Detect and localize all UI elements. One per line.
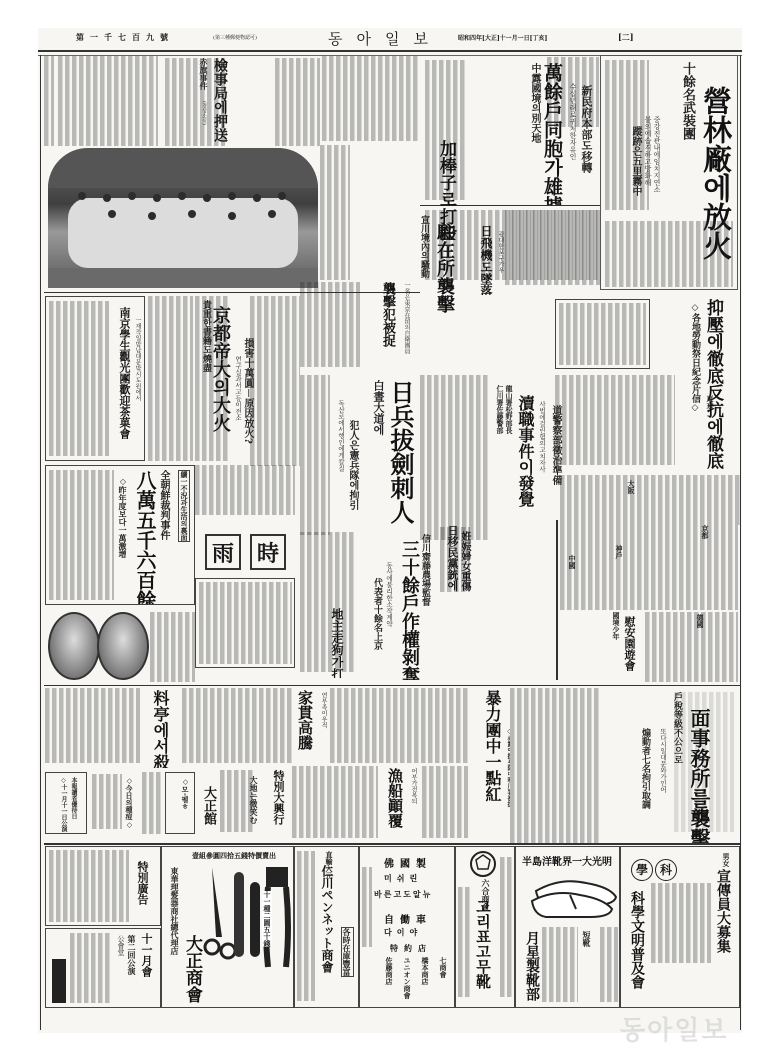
label-2: 龍山署松野部長 <box>504 385 514 434</box>
ad-line-2: 바른고도알뉴 <box>374 889 432 900</box>
left-border <box>40 55 41 1030</box>
subhead-1: 동사에불리한소작계약 <box>385 562 394 627</box>
subhead: 연부족이우적 <box>319 692 328 728</box>
notice-label: ◇十一月十一日公演 <box>59 777 68 832</box>
ad-title: 半島洋靴界一大光明 <box>522 853 612 868</box>
headline-main: 慰安園遊會 <box>621 616 637 671</box>
notice-sub: 本報讀者優待日 <box>69 777 78 819</box>
ad-moonstar-shoes: 半島洋靴界一大光明 月星製靴部 短靴 <box>515 846 620 1008</box>
subhead: ◇各地勞動祭日紀念片信◇ <box>689 303 702 413</box>
ad-black-box <box>52 959 66 1003</box>
city-germany: 德國 <box>695 614 705 628</box>
scissors-razor-icon <box>202 867 292 987</box>
portrait-man <box>97 612 149 680</box>
subhead-2: 一名은東京在留의自衛團員 <box>402 282 411 354</box>
subhead-2: 代表者十餘名上京 <box>371 578 384 650</box>
ad-title: 宣傳員大募集 <box>713 869 733 953</box>
article-tax: 戶稅等級不公으로 面事務所를襲擊 또다시일대문와가인어 煽動者七名拘引取調 <box>600 688 740 843</box>
headline-main: 駐在所襲擊 <box>431 223 457 313</box>
logo-circle-hak: 學 <box>631 859 653 881</box>
notice-vaccination: ◇今日의種痘◇ <box>90 772 140 834</box>
city-tokyo: 東京 <box>705 395 715 409</box>
ad-rubber-shoes: 六合商會 고리표고무靴 <box>455 846 515 1008</box>
notice-label: ◇今日의種痘◇ <box>124 776 134 829</box>
headline-main: 家貫高騰 <box>295 690 316 750</box>
article-nanjing: 南京學生觀光團歡迎茶菓會 一재작일밤남대문밖시도원에서 <box>45 296 145 461</box>
article-attack-2: 襲擊犯被捉 一名은東京在留의自衛團員 <box>365 282 415 362</box>
article-soldier-subs: 독산로에서행인에게칼질 犯人은憲兵隊에拘引 <box>330 400 360 540</box>
shop-2: 橋本商店 <box>420 957 430 985</box>
article-landlord: 地主走狗가打人 <box>320 608 350 678</box>
ball-logo-icon <box>470 851 496 877</box>
headline-main: 料亭에서殺人 <box>149 690 172 768</box>
right-border <box>740 55 741 1030</box>
edge-text <box>44 56 54 146</box>
headline-main: 南京學生觀光團歡迎茶菓會 <box>116 307 132 439</box>
city-kobe: 神戶 <box>614 545 624 559</box>
ad-taisho-barber: 壹組參圓四拾五錢特價賣出 東華理髮器商社總代理店 大正商會 十一種二圓五十錢 <box>161 846 294 1008</box>
group-photo <box>48 148 318 288</box>
subhead: 광대한포구가우 <box>496 231 505 273</box>
shoe-icon <box>530 869 618 919</box>
subhead-1: 수십년래로귀처한자유인 <box>568 83 578 160</box>
weather-box: 雨 時 <box>195 530 295 670</box>
shop-4: 佐藤商店 <box>384 957 394 985</box>
ad-brand: 仁川ペンネット商會 <box>319 865 336 973</box>
headline-main: 日飛機도墜落 <box>478 225 495 295</box>
notice-morphine: ◇모-펠ㅎ <box>165 772 195 834</box>
weather-title-right: 時 <box>250 534 286 570</box>
headline-main: 三十餘戶作權剝奪 <box>396 540 422 680</box>
ad-concert: 十一月會 第二回公演 公會堂 <box>45 928 161 1008</box>
ad-venue: 公會堂 <box>116 935 126 956</box>
notice-performance: ◇十一月十一日公演 本報讀者優待日 <box>45 772 87 834</box>
shop-3: ユニオン商會 <box>402 957 412 999</box>
ad-price: 十一種二圓五十錢 <box>262 891 272 947</box>
subhead-1: 중강진관내에임치지연소 <box>652 116 662 193</box>
headline-main: 特別大興行 <box>270 770 286 825</box>
ad-line-4: 다이야 <box>384 927 422 938</box>
postal-note: (第三種郵便物認可) <box>213 34 257 41</box>
ad-pentnet: 直輸入元 仁川ペンネット商會 各時在庫豐富 <box>294 846 359 1008</box>
ad-title: 十一月會 <box>138 933 154 977</box>
headline-main: 八萬五千六百餘 <box>131 470 160 605</box>
ad-special: 特別廣告 <box>45 846 161 926</box>
ad-line-1: 미쉬린 <box>384 873 422 884</box>
ad-tag: 男女 <box>721 853 731 867</box>
ad-title: 佛國製 <box>384 855 432 870</box>
headline-main: 暴力團中一點紅 <box>481 690 504 802</box>
article-soldier: 白晝大道에 日兵拔劍刺人 <box>360 380 420 540</box>
article-graft: 仁川署佐藤警部 龍山署松野部長 瀆職事件이發覺 사법에걸린혐의고치자사 道警察部… <box>490 385 565 535</box>
article-fire: 十餘名武裝團 營林廠에放火 중강진관내에임치지연소 불의에습격하고방화해 蹤跡은… <box>600 55 738 290</box>
article-shooting: 日移民黨銃에 姙娠婦女重傷 <box>440 525 540 595</box>
ad-science-society: 學 科 男女 宣傳員大募集 科學文明普及會 <box>620 846 740 1008</box>
label: 國境少年 <box>611 612 621 640</box>
headline-main: 地主走狗가打人 <box>329 608 346 678</box>
subhead-1: 또다시일대문와가인어 <box>659 728 668 793</box>
headline-main: 漁船顚覆 <box>385 768 406 828</box>
watermark: 동아일보 <box>620 1010 728 1047</box>
notice-label: ◇모-펠ㅎ <box>180 777 190 810</box>
ad-title: 壹組參圓四拾五錢特價賣出 <box>192 851 276 861</box>
article-red-flag: 赤旗事件 檢事局에押送 (경성소식) <box>165 56 320 148</box>
shop-1: 七商會 <box>438 957 448 978</box>
logo-circle-gwa: 科 <box>655 859 677 881</box>
ad-sub: 各時在庫豐富 <box>341 927 354 977</box>
page-number: [二] <box>618 32 634 43</box>
ad-brand: 科學文明普及會 <box>627 891 647 989</box>
issue-number: 第一千七百九號 <box>76 32 174 43</box>
article-boys: 國境少年 慰安園遊會 <box>560 612 645 682</box>
subhead: ◇昨年度보다一萬激增 <box>118 476 129 558</box>
ad-title: 特別廣告 <box>134 861 150 905</box>
subhead-2: 煽動者七名拘引取調 <box>639 728 652 809</box>
ad-product: 고리표고무靴 <box>473 899 494 989</box>
date-line: 昭和四年[大正]十一月一日[丁亥] <box>458 33 547 42</box>
ad-sub-1: 短靴 <box>582 931 593 947</box>
weather-title-left: 雨 <box>205 534 241 570</box>
subhead-2: 大正館 <box>199 786 218 825</box>
city-china: 中國 <box>567 555 577 569</box>
newspaper-title: 동아일보 <box>328 28 442 49</box>
headline-top: 宣川境內의騷動 <box>418 215 431 278</box>
article-theater: 特別大興行 大地는微笑む 大正館 <box>195 766 290 838</box>
boxed-note <box>555 299 650 369</box>
ad-line-3: 自働車 <box>384 911 432 926</box>
masthead: 第一千七百九號 (第三種郵便物認可) 동아일보 昭和四年[大正]十一月一日[丁亥… <box>38 28 742 50</box>
subhead-1: 사법에걸린혐의고치자사 <box>538 401 547 473</box>
headline-top: 十餘名武裝團 <box>678 62 697 140</box>
city-osaka: 大阪 <box>626 480 636 494</box>
headline-main: 瀆職事件이發覺 <box>514 395 537 507</box>
ad-brand: 月星製靴部 <box>522 931 542 1001</box>
subhead: 一재작일밤남대문밖시도원에서 <box>133 317 142 401</box>
city-kyoto: 京都 <box>700 525 710 539</box>
subhead-1: 襲擊犯被捉 <box>378 282 397 347</box>
subhead-2: 犯人은憲兵隊에拘引 <box>345 420 360 510</box>
headline-main: 抑壓에徹底反抗에徹底 <box>701 299 726 469</box>
article-plane: 日飛機도墜落 광대한포구가우 <box>465 225 505 295</box>
article-attack: 宣川境內의騷動 駐在所襲擊 <box>415 215 465 385</box>
ad-sub: 第二回公演 <box>127 935 138 975</box>
headline-main: 萬餘戶同胞가雄據 <box>539 63 566 205</box>
article-prices: 家貫高騰 연부족이우적 <box>290 688 330 768</box>
ad-michelin: 佛國製 미쉬린 바른고도알뉴 自働車 다이야 特約店 七商會 橋本商店 ユニオン… <box>359 846 455 1008</box>
ad-sub: 特約店 <box>390 943 432 954</box>
headline-main: 日兵拔劍刺人 <box>383 380 418 524</box>
article-trial: 續一不況과生活의裏面 全朝鮮裁判事件 八萬五千六百餘 ◇昨年度보다一萬激增 <box>45 465 195 605</box>
article-ship: 漁船顚覆 어부가전복되 <box>380 766 420 841</box>
label: 續一不況과生活의裏面 <box>178 470 190 542</box>
article-restaurant: 料亭에서殺人 <box>140 688 180 768</box>
portrait-woman <box>48 612 100 680</box>
article-gang: 暴力團中一點紅 ◇赤露에挺身隊中明川署被捉 <box>470 688 510 848</box>
subhead: 어부가전복되 <box>409 768 418 804</box>
subhead-2: 新民府本部도移轉 <box>578 85 594 173</box>
